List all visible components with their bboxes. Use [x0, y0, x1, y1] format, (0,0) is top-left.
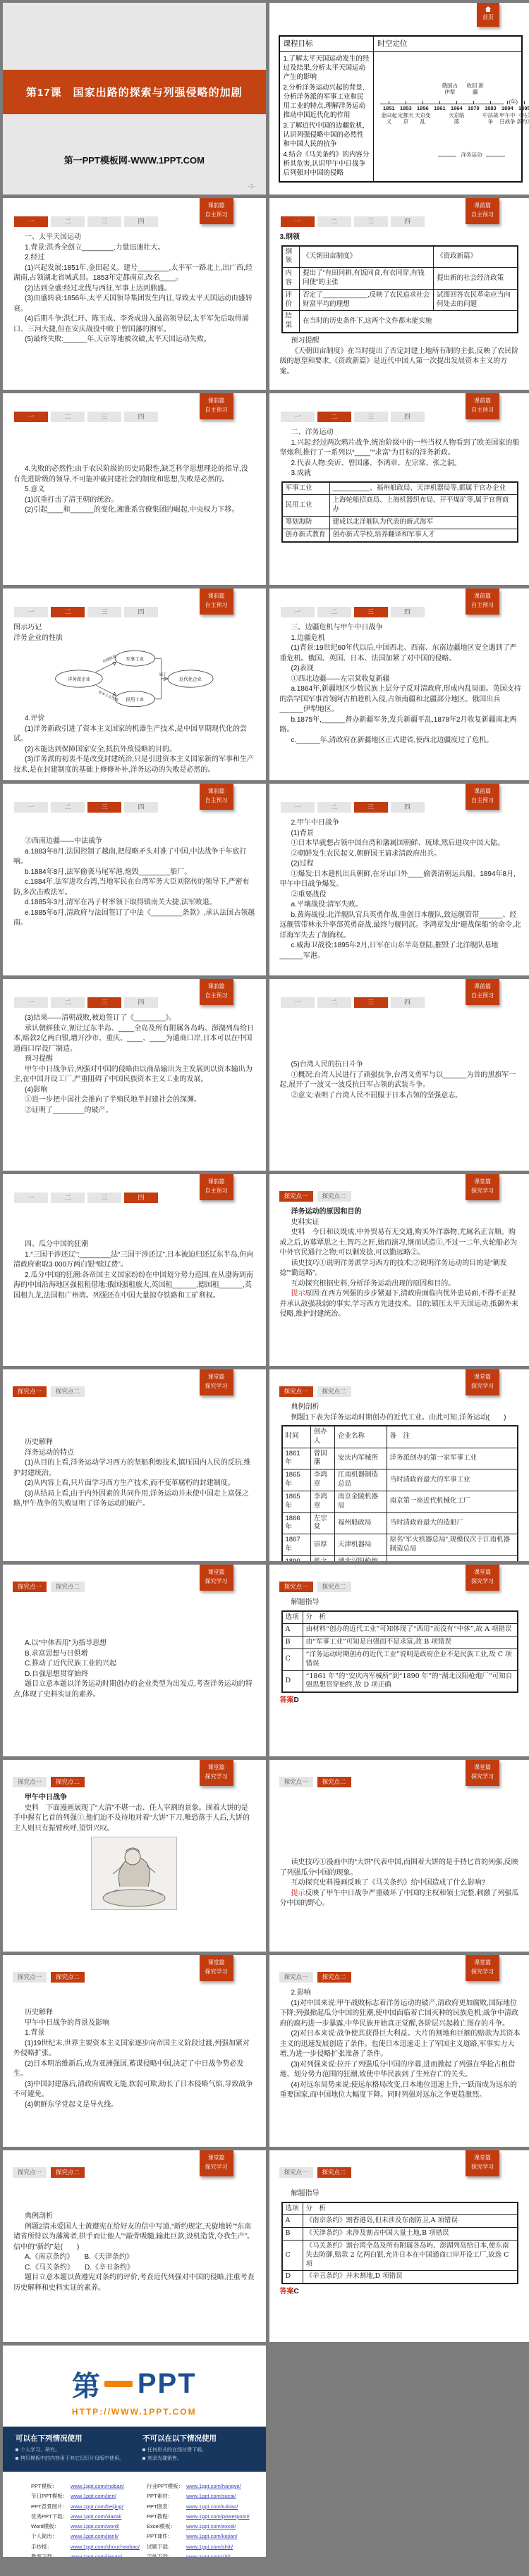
resource-link[interactable]: www.1ppt.com/shouchaobao/	[71, 2542, 140, 2552]
tab-4[interactable]: 四	[124, 997, 158, 1008]
text-line: 2.甲午中日战争	[280, 818, 522, 829]
text-line: 2.瓜分中国的狂潮:各帝国主义国家纷纷在中国划分势力范围,在从渤海到南海的中国沿…	[13, 1271, 255, 1302]
tab-3[interactable]: 三	[354, 216, 388, 227]
text-line: 1.兴起:经过两次鸦片战争,统治阶级中的一些当权人物看到了欧美国家的船坚炮利,推…	[280, 438, 522, 459]
text-line: 四、瓜分中国的狂潮	[13, 1240, 255, 1250]
tab-2[interactable]: 二	[317, 802, 351, 813]
link-row: 教案下载：www.1ppt.com/jiaoan/	[31, 2552, 140, 2557]
col-goals: 课程目标	[279, 36, 374, 51]
resource-link[interactable]: www.1ppt.com/beijing/	[71, 2502, 123, 2512]
slide-yangwu: 课前篇自主预习 一 二 三 四 二、洋务运动1.兴起:经过两次鸦片战争,统治阶级…	[269, 393, 529, 585]
svg-text:属于: 属于	[159, 672, 166, 677]
resource-link[interactable]: www.1ppt.com/shiti/	[186, 2542, 233, 2552]
slide-taiwan-resistance: 课前篇自主预习 一 二 三 四 (5)台湾人民的抗日斗争①概况:台湾人民进行了顽…	[269, 979, 529, 1171]
tab-3[interactable]: 三	[354, 412, 388, 422]
text-line: 例题2清末爱国人士黄遵宪在给好友的信中写道,“新约规定,天旋地转”“东南诸省所恃…	[13, 2222, 255, 2253]
corner-tab: 课堂篇探究学习	[200, 1760, 233, 1786]
text-line: 互动探究根据史料,分析洋务运动出现的原因和目的。	[280, 1279, 522, 1290]
tab-1[interactable]: 一	[281, 216, 315, 227]
slide-example1-options: 课堂篇探究学习 探究点一 探究点二 A.以“中体西用”为指导思想B.求富思想与日…	[3, 1565, 266, 1756]
text-line: ②证明了________的破产。	[13, 1106, 255, 1116]
slide-carve-up-china: 课前篇自主预习 一 二 三 四 四、瓜分中国的狂潮1.“三国干涉还辽”:____…	[3, 1174, 266, 1366]
tab-explore-1[interactable]: 探究点一	[13, 1386, 47, 1397]
slide-taiping-1: 课前篇自主预习 一 二 三 四 一、太平天国运动1.背景:洪秀全创立______…	[3, 198, 266, 390]
tab-explore-2[interactable]: 探究点二	[51, 1777, 85, 1787]
svg-text:军事工业: 军事工业	[126, 655, 145, 662]
text-line: 题目立意本题以黄遵宪对条约的评价,考查近代列强对中国的侵略,注重考查历史解释和史…	[13, 2273, 255, 2293]
slide-taiping-meaning: 课前篇自主预习 一 二 三 四 4.失败的必然性:由于农民阶级的历史局限性,缺乏…	[3, 393, 266, 585]
slide-explore2-hint: 课堂篇探究学习 探究点一 探究点二 读史技巧①漫画中的“大饼”代表中国,而围着大…	[269, 1760, 529, 1952]
text-line: 典例剖析	[280, 1403, 522, 1413]
tab-explore-2[interactable]: 探究点二	[51, 1582, 85, 1592]
slide-example1-analysis: 课堂篇探究学习 探究点一 探究点二 解题指导 选项分 析 A由材料“创办的近代工…	[269, 1565, 529, 1756]
text-line: (3)从结局上看,由于内外因素的共同作用,洋务运动并未使中国走上富强之路,甲午战…	[13, 1489, 255, 1510]
tab-explore-1[interactable]: 探究点一	[279, 1386, 313, 1397]
site-url: HTTP://WWW.1PPT.COM	[3, 2407, 266, 2417]
text-line: (4)后期斗争:洪仁玕、陈玉成、李秀成进入最高领导层,太平军先后取得浦口、三河大…	[13, 314, 255, 335]
resource-link[interactable]: www.1ppt.com/jieri/	[71, 2491, 116, 2501]
text-line: d.1885年3月,清军在冯子材率领下取得镇南关大捷,法军败退。	[13, 898, 255, 908]
usage-terms: 可以在下列情况使用 个人学习、研究。拷贝模板中的内容用于其它幻灯片母版中使用。 …	[3, 2427, 266, 2472]
tab-3[interactable]: 三	[354, 997, 388, 1008]
tab-explore-1[interactable]: 探究点一	[13, 1582, 47, 1592]
slide-title: 第17课 国家出路的探索与列强侵略的加剧 第一PPT模板网-WWW.1PPT.C…	[3, 3, 266, 195]
text-line: (4)对远东局势来说:使远东格局改变,日本地位迅速上升,一跃而成为远东的重要国家…	[280, 2081, 522, 2101]
text-line: (2)过程	[280, 859, 522, 870]
mnemonic-title: 图示巧记	[13, 623, 255, 634]
text-line: (2)表现	[280, 664, 522, 674]
bullet-square-icon	[142, 2448, 145, 2451]
link-row: PPT课件：www.1ppt.com/kejian/	[147, 2532, 253, 2541]
tab-3[interactable]: 三	[354, 802, 388, 813]
tab-explore-2[interactable]: 探究点二	[51, 2167, 85, 2178]
text-line: (3)中国封建落后,清政府腐败无能,软弱可欺,助长了日本侵略气焰,导致战争不可避…	[13, 2080, 255, 2100]
text-line: a.1864年,新疆地区少数民族上层分子反对清政府,形成内乱局面。英国支持的浩罕…	[280, 684, 522, 715]
text-line: (2)达到全盛:经过北伐与西征,军事上达到鼎盛。	[13, 284, 255, 295]
text-line: 历史解释	[13, 2008, 255, 2019]
timeline-point: 1864天京陷落	[448, 99, 465, 125]
slide-sino-french-war: 课前篇自主预习 一 二 三 四 ②西南边疆——中法战争a.1883年8月,法国控…	[3, 784, 266, 975]
analysis-table: 选项分 析 A《南京条约》割香港岛,但未涉及东南防卫,A 项错误B《天津条约》未…	[281, 2202, 519, 2285]
tab-explore-2[interactable]: 探究点二	[317, 1777, 351, 1787]
hint-line: 提示反映了甲午中日战争严重破坏了中国的主权和领土完整,刺激了列强瓜分中国的野心。	[280, 1889, 522, 1909]
svg-text:民用工业: 民用工业	[126, 696, 145, 702]
text-line: (4)朝鲜东学党起义是导火线。	[13, 2100, 255, 2111]
text-line: 读史技巧①说明洋务派学习西方的技术;②说明洋务运动的目的是“剿发捻”“勤远略”。	[280, 1259, 522, 1279]
usage-item: 拷贝模板中的内容用于其它幻灯片母版中使用。	[16, 2455, 124, 2462]
text-line: (4)影响	[13, 1085, 255, 1096]
tab-2[interactable]: 二	[317, 216, 351, 227]
corner-tab: 课前篇自主预习	[466, 979, 499, 1005]
text-line: a.平壤战役:清军失败。	[280, 900, 522, 911]
link-row: 行业PPT模板：www.1ppt.com/hangye/	[147, 2482, 253, 2491]
text-line: b.黄海战役:北洋舰队官兵英勇作战,重创日本舰队,致远舰管带______、经远舰…	[280, 911, 522, 942]
tab-1[interactable]: 一	[14, 1193, 48, 1203]
guide-title: 解题指导	[280, 1598, 522, 1608]
timeline-point: 1883中法战争	[482, 99, 499, 125]
text-line: c.1884年,法军进攻台湾,当地军民在台湾军务大臣刘铭传的领导下,严密布防,多…	[13, 877, 255, 898]
slide-jiawu-impact: 课堂篇探究学习 探究点一 探究点二 2.影响(1)对中国来说:甲午战败标志着洋务…	[269, 1955, 529, 2147]
corner-tab: 课前篇自主预习	[200, 979, 233, 1005]
text-line: ②朝鲜发生农民起义,朝鲜国王请求清政府出兵。	[280, 849, 522, 860]
topic-title: 甲午中日战争	[13, 1793, 255, 1804]
text-line: (2)未能达到保障国家安全,抵抗外敌侵略的目的。	[13, 745, 255, 756]
text-line: ②意义:表明了台湾人民不屈服于日本占领的坚强意志。	[280, 1091, 522, 1102]
tab-explore-1[interactable]: 探究点一	[279, 1191, 313, 1202]
tab-1[interactable]: 一	[14, 607, 48, 617]
text-line: (1)背景	[280, 829, 522, 839]
tab-2[interactable]: 二	[51, 216, 85, 227]
tab-4[interactable]: 四	[124, 802, 158, 813]
corner-tab: 课堂篇探究学习	[466, 1955, 499, 1981]
table-row: 1867 年崇厚天津机器局原名“军火机器总局”,规模仅次于江南机器制造总局	[282, 1534, 518, 1556]
text-line: c.______年,清政府在新疆地区正式建省,使西北边疆度过了危机。	[280, 736, 522, 746]
tab-3[interactable]: 三	[354, 607, 388, 617]
program-table: 纲领《天朝田亩制度》《资政新篇》 内容提出了“有田同耕,有饭同食,有衣同穿,有钱…	[281, 245, 519, 334]
table-row: C“洋务运动时期创办的近代工业”说明是政府企业不是民族工业,故 C 项错误	[282, 1648, 518, 1670]
timeline-cell: 俄国占 伊犁 收回 新疆 (年) 1851金田起义1853定都天京1856天京变…	[374, 51, 522, 181]
tab-3[interactable]: 三	[87, 997, 121, 1008]
timeline-point: 1853定都天京	[397, 99, 414, 125]
slide-yangwu-features: 课堂篇探究学习 探究点一 探究点二 历史解释洋务运动的特点(1)从目的上看,洋务…	[3, 1369, 266, 1561]
corner-tab: 课堂篇探究学习	[466, 1369, 499, 1395]
topic-title: 洋务运动的原因和目的	[280, 1207, 522, 1218]
table-row: A由材料“创办的近代工业”可知体现了“西用”而没有“中体”,故 A 项错误	[282, 1624, 518, 1637]
timeline-point: 1895《马关条约》	[516, 99, 529, 125]
link-row: PPT图表：www.1ppt.com/tubiao/	[147, 2502, 253, 2512]
corner-tab: 课堂篇探究学习	[466, 1760, 499, 1786]
text-line: 二、洋务运动	[280, 428, 522, 438]
text-line: 典例剖析	[13, 2212, 255, 2222]
usage-item: 任何形式的在线付费下载。	[142, 2446, 217, 2453]
tab-3[interactable]: 三	[87, 802, 121, 813]
guide-title: 解题指导	[280, 2189, 522, 2200]
tab-explore-2[interactable]: 探究点二	[51, 1386, 85, 1397]
text-line: 1.“三国干涉还辽”:________法“三国干涉还辽”,日本被迫归还辽东半岛,…	[13, 1250, 255, 1271]
resource-link[interactable]: www.1ppt.com/xiazai/	[71, 2512, 121, 2522]
example1-table: 时间创办人 企业名称备 注 1861 年曾国藩安庆内军械所洋务派创办的第一家军事…	[281, 1425, 519, 1561]
text-line: 一、太平天国运动	[13, 233, 255, 243]
text-line: 1.背景	[13, 2028, 255, 2039]
text-line: A.《南京条约》 B.《天津条约》	[13, 2253, 255, 2263]
tab-explore-2[interactable]: 探究点二	[317, 1386, 351, 1397]
table-row: 1866 年左宗棠福州船政局当时清政府最大的造船厂	[282, 1512, 518, 1534]
link-row: 优秀PPT下载：www.1ppt.com/xiazai/	[31, 2512, 140, 2522]
page-number: -1-	[248, 183, 256, 190]
corner-tab: 课堂篇探究学习	[466, 1565, 499, 1591]
text-line: (2)引起____和______的变化,湘淮系官僚集团的崛起,中央权力下移。	[13, 505, 255, 516]
hint-title: 预习提醒	[13, 1054, 255, 1065]
corner-tab: 课前篇自主预习	[466, 784, 499, 810]
text-line: (1)沉重打击了清王朝的统治。	[13, 495, 255, 506]
text-line: a.1883年8月,法国控制了越南,把侵略矛头对准了中国,中法战争于年底打响。	[13, 847, 255, 868]
hint-title: 预习提醒	[280, 336, 522, 347]
text-line: 2.影响	[280, 1988, 522, 1999]
text-line: 史料 下面漫画展现了“大清”不堪一击、任人宰割的景象。围着大饼的是手中握有匕首的…	[13, 1804, 255, 1835]
text-line: 洋务运动的特点	[13, 1448, 255, 1459]
corner-tab-home[interactable]: 首页	[477, 3, 499, 27]
tab-2[interactable]: 二	[51, 1193, 85, 1203]
resource-link[interactable]: www.1ppt.com/excel/	[186, 2522, 236, 2532]
text-line: (1)兴起发展:1851年,金田起义。建号________,太平军一路北上,出广…	[13, 264, 255, 284]
usage-item: 个人学习、研究。	[16, 2446, 124, 2453]
text-line: c.威海卫战役:1895年2月,日军在山东半岛登陆,摧毁了北洋舰队基地_____…	[280, 941, 522, 961]
link-row: PPT教程：www.1ppt.com/powerpoint/	[147, 2512, 253, 2522]
text-line: (3)由盛转衰:1856年,太平天国领导集团发生内讧,导致太平天国运动由盛转衰。	[13, 294, 255, 314]
tab-4[interactable]: 四	[124, 607, 158, 617]
text-line: (2)日本明治维新后,成为亚洲强国,蓄谋侵略中国,决定了中日战争势必发生。	[13, 2059, 255, 2080]
tab-explore-1[interactable]: 探究点一	[279, 1582, 313, 1592]
text-line: ②重要战役	[280, 890, 522, 901]
tab-2[interactable]: 二	[317, 607, 351, 617]
tab-3[interactable]: 三	[87, 1193, 121, 1203]
table-row: 1865 年李鸿章南京金陵机器局南京第一座近代机械化工厂	[282, 1491, 518, 1512]
resource-link[interactable]: www.1ppt.com/jianli/	[71, 2532, 118, 2541]
text-line: 2.代表人物:奕䜣、曾国藩、李鸿章、左宗棠、张之洞。	[280, 459, 522, 469]
site-credit: 第一PPT模板网-WWW.1PPT.COM	[3, 153, 266, 166]
analysis-table: 选项分 析 A由材料“创办的近代工业”可知体现了“西用”而没有“中体”,故 A …	[281, 1610, 519, 1694]
corner-tab: 课堂篇探究学习	[200, 1565, 233, 1591]
slide-jiawu-background: 课堂篇探究学习 探究点一 探究点二 历史解释甲午中日战争的背景及影响1.背景(1…	[3, 1955, 266, 2147]
table-row: D“1861 年”的“安庆内军械所”到“1890 年”的“湖北汉阳枪炮厂”可知自…	[282, 1670, 518, 1692]
text-line: 历史解释	[13, 1438, 255, 1448]
text-line: C.《马关条约》 D.《辛丑条约》	[13, 2263, 255, 2274]
corner-tab: 课前篇自主预习	[200, 588, 233, 615]
text-line: 互动探究史料漫画反映了《马关条约》给中国造成了什么影响?	[280, 1878, 522, 1889]
tab-2[interactable]: 二	[51, 412, 85, 422]
tab-1[interactable]: 一	[14, 997, 48, 1008]
tab-4[interactable]: 四	[124, 412, 158, 422]
link-row: PPT素材：www.1ppt.com/sucai/	[147, 2491, 253, 2501]
link-row: 个人简历：www.1ppt.com/jianli/	[31, 2532, 140, 2541]
tab-1[interactable]: 一	[281, 607, 315, 617]
tab-4[interactable]: 四	[391, 607, 425, 617]
tab-1[interactable]: 一	[281, 802, 315, 813]
bullet-square-icon	[16, 2448, 18, 2451]
hint-text: 甲午中日战争后,列强对中国的侵略由以商品输出为主发展到以资本输出为主,在中国开设…	[13, 1065, 255, 1085]
link-row: 试题下载：www.1ppt.com/shiti/	[147, 2542, 253, 2552]
text-line: 例题1下表为洋务运动时期创办的近代工业。由此可知,洋务运动( )	[280, 1413, 522, 1424]
subsection: 史料实证	[280, 1218, 522, 1228]
tab-explore-1[interactable]: 探究点一	[279, 1777, 313, 1787]
slide-example1: 课堂篇探究学习 探究点一 探究点二 典例剖析例题1下表为洋务运动时期创办的近代工…	[269, 1369, 529, 1561]
text-line: B.求富思想与日俱增	[13, 1649, 255, 1660]
corner-tab: 课前篇自主预习	[200, 198, 233, 224]
text-line: (2)从内容上看,只片面学习西方生产技术,而不变革腐朽的封建制度。	[13, 1479, 255, 1489]
link-row: Word模板：www.1ppt.com/word/	[31, 2522, 140, 2532]
slide-example2: 课堂篇探究学习 探究点一 探究点二 典例剖析例题2清末爱国人士黄遵宪在给好友的信…	[3, 2150, 266, 2342]
text-line: 史料 今日和议既成,中外贸易有无交通,购买外洋器物,尤属名正言顺。购成之后,访募…	[280, 1228, 522, 1259]
text-line: 三、边疆危机与甲午中日战争	[280, 623, 522, 634]
achievements-table: 军事工业__________、福州船政局、天津机器局等,都属于官办企业民用工业上…	[281, 481, 519, 543]
table-row: B《天津条约》未涉及割占中国大量土地,B 项错误	[282, 2228, 518, 2241]
tab-explore-2[interactable]: 探究点二	[317, 1582, 351, 1592]
table-row: A《南京条约》割香港岛,但未涉及东南防卫,A 项错误	[282, 2215, 518, 2228]
courseware-preview-page: 第17课 国家出路的探索与列强侵略的加剧 第一PPT模板网-WWW.1PPT.C…	[0, 0, 529, 2566]
text-line: ①日本早就想占领中国台湾和藩属国朝鲜、琉球,然后进攻中国大陆。	[280, 839, 522, 849]
goal-item: 3.了解近代中国的边疆危机,认识列强侵略中国的必然性和中国人民的抗争	[284, 121, 370, 149]
table-row: 1890 年张之洞湖北汉阳枪炮厂湖北兵工厂的前身	[282, 1555, 518, 1561]
table-row: C《马关条约》割台湾全岛及所有附属各岛屿、澎湖列岛给日本,使东南失去防御,赔款 …	[282, 2240, 518, 2270]
tab-1[interactable]: 一	[14, 412, 48, 422]
resource-link[interactable]: www.1ppt.com/ziti/	[186, 2552, 230, 2557]
tab-2[interactable]: 二	[317, 412, 351, 422]
text-line: 4.失败的必然性:由于农民阶级的历史局限性,缺乏科学思想理论的指导,没有先进阶级…	[13, 464, 255, 485]
tab-explore-1[interactable]: 探究点一	[13, 1972, 47, 1983]
text-line: 题目立意本题以洋务运动时期创办的企业类型为出发点,考查洋务运动的特点,体现了史料…	[13, 1680, 255, 1700]
link-row: PPT背景图片：www.1ppt.com/beijing/	[31, 2502, 140, 2512]
text-line: ②西南边疆——中法战争	[13, 837, 255, 847]
tab-4[interactable]: 四	[391, 216, 425, 227]
hint-text: 《天朝田亩制度》在当时提出了否定封建土地所有制的主张,反映了农民阶级的愿望和要求…	[280, 347, 522, 378]
text-line: (3)洋务派的初衷不是改变封建统治,只是引进资本主义国家新的军事和生产技术,是在…	[13, 755, 255, 775]
corner-tab: 课前篇自主预习	[200, 393, 233, 419]
tab-4[interactable]: 四	[124, 216, 158, 227]
text-line: ①爆发:日本趁机出兵朝鲜,在牙山口外____偷袭清朝运兵船。1894年8月,甲午…	[280, 870, 522, 890]
text-line: D.自强思想贯穿始终	[13, 1670, 255, 1680]
slide-credits: 第 PPT HTTP://WWW.1PPT.COM 可以在下列情况使用 个人学习…	[3, 2346, 266, 2557]
text-line: b.1875年,______督办新疆军务,发兵新疆平乱,1878年2月收复新疆南…	[280, 715, 522, 736]
text-line: 承认朝鲜独立,割让辽东半岛、____全岛及所有附属各岛屿、澎湖列岛给日本,赔款2…	[13, 1024, 255, 1055]
allowed-uses: 可以在下列情况使用 个人学习、研究。拷贝模板中的内容用于其它幻灯片母版中使用。	[16, 2433, 124, 2463]
corner-tab: 课前篇自主预习	[466, 588, 499, 615]
tab-1[interactable]: 一	[14, 802, 48, 813]
timeline-point: 1856天京变乱	[414, 99, 431, 125]
text-line: ①进一步把中国社会推向了半殖民地半封建社会的深渊。	[13, 1095, 255, 1106]
text-line: (3)结果——清朝战败,被迫签订了《________》。	[13, 1013, 255, 1024]
text-line: 5.意义	[13, 485, 255, 495]
slide-objectives: 首页 课程目标 时空定位 1.了解太平天国运动发生的经过及结果,分析太平天国运动…	[269, 3, 529, 195]
text-line: ①西北边疆——左宗棠收复新疆	[280, 674, 522, 685]
tab-2[interactable]: 二	[51, 607, 85, 617]
table-row: 创办新式教育创办新式学校,培养翻译和军事人才	[282, 529, 518, 541]
slide-yangwu-diagram: 课前篇自主预习 一 二 三 四 图示巧记 洋务企业的性质	[3, 588, 266, 780]
text-line: 2.经过	[13, 253, 255, 264]
corner-tab: 课前篇自主预习	[466, 393, 499, 419]
corner-tab: 课前篇自主预习	[466, 198, 499, 224]
text-line: (1)对中国来说:甲午战败标志着洋务运动的破产,清政府更加腐败,国际地位下降;列…	[280, 1999, 522, 2030]
text-line: 甲午中日战争的背景及影响	[13, 2019, 255, 2029]
resource-link[interactable]: www.1ppt.com/word/	[71, 2522, 119, 2532]
text-line: C.推动了近代民族工业的兴起	[13, 1659, 255, 1670]
text-line: (1)从目的上看,洋务运动学习西方的坚船利炮技术,镇压国内人民的反抗,维护封建统…	[13, 1458, 255, 1479]
tab-explore-1[interactable]: 探究点一	[279, 2167, 313, 2178]
slide-taiping-program: 课前篇自主预习 一 二 三 四 3.纲领 纲领《天朝田亩制度》《资政新篇》 内容…	[269, 198, 529, 390]
text-line: b.1884年8月,法军偷袭马尾军港,炮毁________船厂。	[13, 868, 255, 878]
block-heading: 3.纲领	[280, 233, 522, 243]
tab-4[interactable]: 四	[391, 412, 425, 422]
timeline: 俄国占 伊犁 收回 新疆 (年) 1851金田起义1853定都天京1856天京变…	[377, 54, 518, 173]
bullet-square-icon	[16, 2457, 18, 2460]
resource-link[interactable]: www.1ppt.com/moban/	[71, 2482, 124, 2491]
goals-cell: 1.了解太平天国运动发生的经过及结果,分析太平天国运动产生的影响2.分析洋务运动…	[279, 51, 374, 181]
usage-item: 刻录光碟销售。	[142, 2455, 217, 2462]
answer-line: 答案D	[280, 1696, 522, 1706]
tab-explore-2[interactable]: 探究点二	[51, 1972, 85, 1983]
resource-link[interactable]: www.1ppt.com/powerpoint/	[186, 2512, 250, 2522]
resource-link[interactable]: www.1ppt.com/sucai/	[186, 2491, 236, 2501]
tab-explore-1[interactable]: 探究点一	[13, 2167, 47, 2178]
tab-explore-1[interactable]: 探究点一	[279, 1972, 313, 1983]
tab-4[interactable]: 四	[391, 802, 425, 813]
table-row: B由“军事工业”可知是自强而不是求富,故 B 项错误	[282, 1637, 518, 1649]
diagram-title: 洋务企业的性质	[13, 634, 255, 644]
timeline-point: 1861	[431, 99, 448, 125]
slide-border-crisis: 课前篇自主预习 一 二 三 四 三、边疆危机与甲午中日战争1.边疆危机(1)背景…	[269, 588, 529, 780]
col-timespace: 时空定位	[374, 36, 522, 51]
goal-item: 2.分析洋务运动兴起的背景,分析洋务派的军事工业和民用工业的特点,理解洋务运动推…	[284, 83, 370, 121]
text-line: (1)背景:19世纪60年代以后,中国西北、西南、东南边疆地区安全遇到了严重危机…	[280, 643, 522, 664]
table-row: 1865 年李鸿章江南机器制造总局当时清政府最大的军事工业	[282, 1469, 518, 1491]
text-line: 4.评价	[13, 714, 255, 725]
tab-3[interactable]: 三	[87, 412, 121, 422]
table-row: 1861 年曾国藩安庆内军械所洋务派创办的第一家军事工业	[282, 1448, 518, 1469]
corner-tab: 课堂篇探究学习	[466, 2150, 499, 2176]
resource-link[interactable]: www.1ppt.com/tubiao/	[186, 2502, 238, 2512]
tab-2[interactable]: 二	[51, 802, 85, 813]
text-line: A.以“中体西用”为指导思想	[13, 1639, 255, 1649]
text-line: (5)最终失败:______年,天京等地被攻破,太平天国运动失败。	[13, 335, 255, 345]
denied-uses: 不可以在以下情况使用 任何形式的在线付费下载。刻录光碟销售。	[142, 2433, 217, 2463]
lesson-title: 第17课 国家出路的探索与列强侵略的加剧	[3, 70, 266, 114]
tab-2[interactable]: 二	[51, 997, 85, 1008]
timeline-bracket: 洋务运动	[438, 152, 505, 159]
table-row: D《辛丑条约》并未割地,D 项错误	[282, 2271, 518, 2284]
resource-link[interactable]: www.1ppt.com/jiaoan/	[71, 2552, 122, 2557]
tab-explore-1[interactable]: 探究点一	[13, 1777, 47, 1787]
text-line: (1)19世纪末,世界主要资本主义国家逐步向帝国主义阶段过渡,列强加紧对外侵略扩…	[13, 2039, 255, 2059]
goal-item: 4.结合《马关条约》的内容分析其危害,认识甲午中日战争后列强对中国的侵略	[284, 150, 370, 178]
tab-explore-2[interactable]: 探究点二	[317, 1972, 351, 1983]
text-line: 读史技巧①漫画中的“大饼”代表中国,而围着大饼的是手持匕首的列强,反映了列强瓜分…	[280, 1858, 522, 1878]
resource-link[interactable]: www.1ppt.com/hangye/	[186, 2482, 241, 2491]
resource-link[interactable]: www.1ppt.com/kejian/	[186, 2532, 238, 2541]
corner-tab: 课前篇自主预习	[200, 1174, 233, 1200]
svg-text:近代化企业: 近代化企业	[179, 676, 202, 682]
corner-tab: 课堂篇探究学习	[200, 1369, 233, 1395]
text-line: 1.背景:洪秀全创立________,力量迅速壮大。	[13, 243, 255, 254]
table-row: 筹划海防建成以北洋舰队为代表的新式海军	[282, 516, 518, 529]
corner-tab: 课堂篇探究学习	[200, 1955, 233, 1981]
tab-2[interactable]: 二	[317, 997, 351, 1008]
answer-line: 答案C	[280, 2287, 522, 2298]
tab-explore-2[interactable]: 探究点二	[317, 2167, 351, 2178]
slide-example2-analysis: 课堂篇探究学习 探究点一 探究点二 解题指导 选项分 析 A《南京条约》割香港岛…	[269, 2150, 529, 2342]
enterprise-nature-diagram: 洋务派企业 军事工业 民用工业 近代化企业 封建性质 资本主义性质 属于	[18, 645, 250, 713]
resource-links: PPT模板：www.1ppt.com/moban/节日PPT模板：www.1pp…	[3, 2472, 266, 2557]
slide-explore1-material: 课堂篇探究学习 探究点一 探究点二 洋务运动的原因和目的 史料实证 史料 今日和…	[269, 1174, 529, 1366]
slide-explore2-material: 课堂篇探究学习 探究点一 探究点二 甲午中日战争 史料 下面漫画展现了“大清”不…	[3, 1760, 266, 1952]
logo-dash-icon	[104, 2381, 133, 2387]
tab-1[interactable]: 一	[281, 997, 315, 1008]
bullet-square-icon	[142, 2457, 145, 2460]
tab-3[interactable]: 三	[87, 216, 121, 227]
tab-1[interactable]: 一	[281, 412, 315, 422]
tab-explore-2[interactable]: 探究点二	[317, 1191, 351, 1202]
link-row: Excel模板：www.1ppt.com/excel/	[147, 2522, 253, 2532]
slide-jiawu-war: 课前篇自主预习 一 二 三 四 2.甲午中日战争(1)背景①日本早就想占领中国台…	[269, 784, 529, 975]
tab-1[interactable]: 一	[14, 216, 48, 227]
tab-3[interactable]: 三	[87, 607, 121, 617]
timeline-point: 1851金田起义	[380, 99, 397, 125]
link-row: 节日PPT模板：www.1ppt.com/jieri/	[31, 2491, 140, 2501]
tab-4[interactable]: 四	[391, 997, 425, 1008]
link-row: 手抄报：www.1ppt.com/shouchaobao/	[31, 2542, 140, 2552]
text-line: ①概况:台湾人民进行了顽强抗争,台湾义勇军与以______为首的黑旗军一起,展开…	[280, 1071, 522, 1091]
text-line: (2)对日本来说:战争使其获得巨大利益。大片的割地和巨额的赔款为其资本主义的迅速…	[280, 2029, 522, 2060]
text-line: (5)台湾人民的抗日斗争	[280, 1060, 522, 1071]
tab-4[interactable]: 四	[124, 1193, 158, 1203]
